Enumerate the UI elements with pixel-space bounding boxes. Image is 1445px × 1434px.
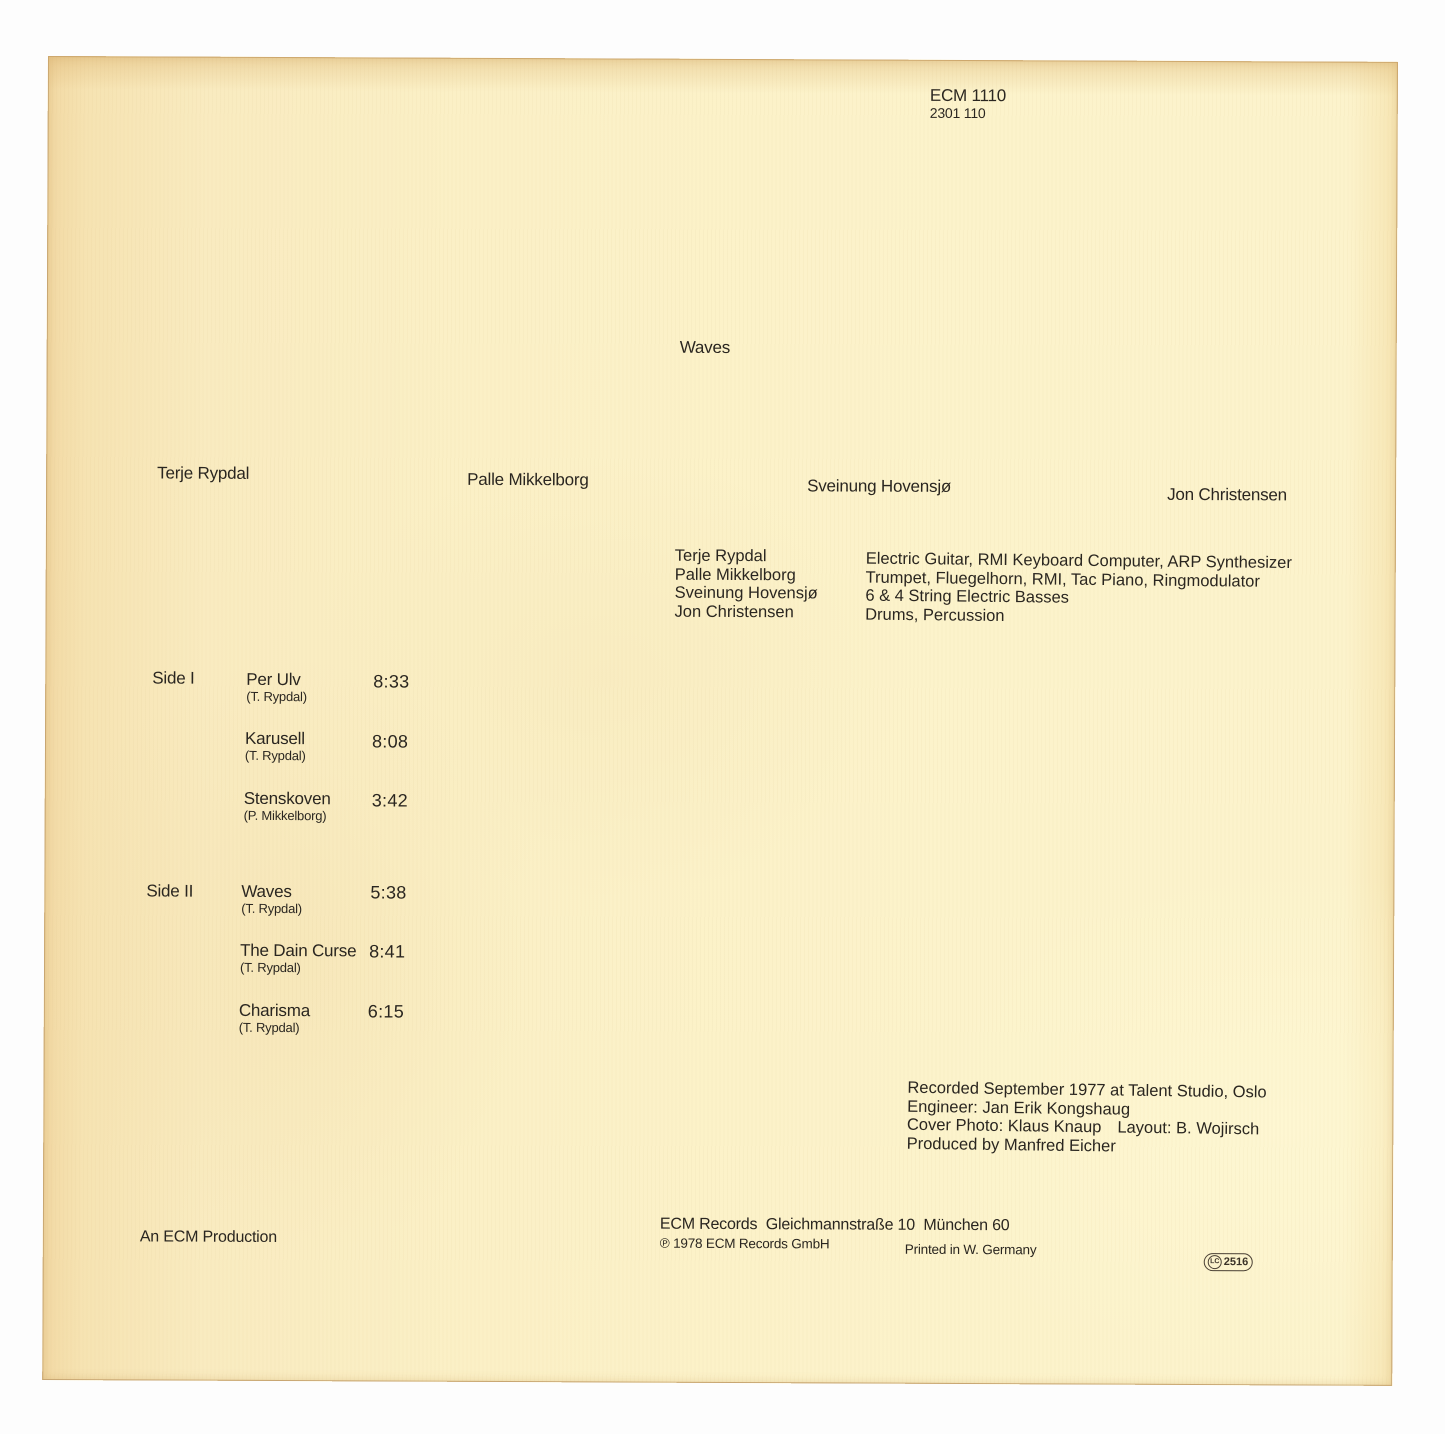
side-label: Side I (152, 669, 194, 686)
label-address: ECM Records Gleichmannstraße 10 München … (660, 1217, 1010, 1235)
production-credit: An ECM Production (140, 1229, 277, 1246)
track-time: 8:33 (373, 672, 409, 690)
track-time: 8:08 (372, 732, 408, 750)
personnel-name: Jon Christensen (675, 602, 818, 621)
track-title: Waves (241, 883, 291, 900)
track-time: 8:41 (369, 942, 405, 960)
track-composer: (P. Mikkelborg) (244, 809, 327, 822)
personnel-instruments: Electric Guitar, RMI Keyboard Computer, … (865, 550, 1292, 628)
lc-logo-icon: LC (1208, 1255, 1222, 1269)
track-title: Stenskoven (244, 790, 331, 807)
musician-name: Terje Rypdal (157, 464, 249, 481)
label-code: 2516 (1224, 1256, 1249, 1268)
credit-layout: Layout: B. Wojirsch (1117, 1119, 1259, 1139)
personnel-instrument: Drums, Percussion (865, 605, 1291, 628)
track-composer: (T. Rypdal) (245, 749, 306, 762)
track-title: Per Ulv (246, 671, 300, 688)
credits-block: Recorded September 1977 at Talent Studio… (907, 1079, 1267, 1158)
track-composer: (T. Rypdal) (239, 1021, 300, 1034)
copyright: ℗ 1978 ECM Records GmbH (660, 1237, 830, 1251)
catalog-number: ECM 1110 (930, 87, 1006, 104)
track-title: Charisma (239, 1002, 310, 1019)
track-composer: (T. Rypdal) (240, 961, 301, 974)
musician-name: Palle Mikkelborg (467, 471, 589, 489)
catalog-code: 2301 110 (930, 106, 986, 120)
personnel-name: Palle Mikkelborg (675, 565, 818, 584)
album-back-cover: ECM 1110 2301 110 Waves Terje Rypdal Pal… (42, 56, 1398, 1386)
album-title: Waves (680, 339, 730, 356)
track-title: Karusell (245, 730, 305, 747)
personnel-name: Terje Rypdal (675, 547, 818, 566)
track-title: The Dain Curse (240, 942, 356, 960)
credit-cover-photo: Cover Photo: Klaus Knaup (907, 1116, 1102, 1137)
track-composer: (T. Rypdal) (246, 690, 307, 703)
track-composer: (T. Rypdal) (241, 902, 302, 915)
personnel-name: Sveinung Hovensjø (675, 584, 818, 603)
personnel-names: Terje Rypdal Palle Mikkelborg Sveinung H… (675, 547, 818, 622)
track-time: 3:42 (372, 791, 408, 809)
track-time: 6:15 (368, 1002, 404, 1020)
musician-name: Sveinung Hovensjø (807, 477, 951, 495)
label-code-badge: LC2516 (1204, 1253, 1254, 1271)
musician-name: Jon Christensen (1167, 486, 1287, 504)
printed-in: Printed in W. Germany (905, 1243, 1037, 1257)
track-time: 5:38 (370, 883, 406, 901)
side-label: Side II (146, 882, 193, 899)
